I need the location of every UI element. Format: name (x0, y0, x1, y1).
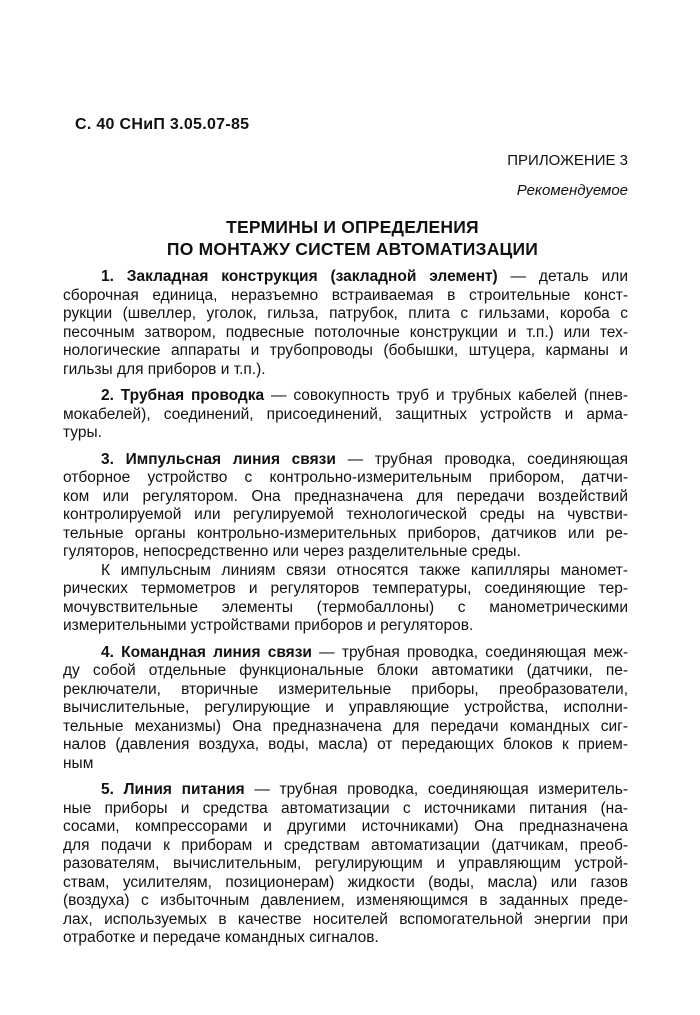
term-name: 5. Линия питания (101, 781, 245, 798)
text-line: налов (давления воздуха, воды, масла) от… (63, 736, 628, 755)
document-title: ТЕРМИНЫ И ОПРЕДЕЛЕНИЯ ПО МОНТАЖУ СИСТЕМ … (77, 216, 628, 260)
text-line: ду собой отдельные функциональные блоки … (63, 662, 628, 681)
text-line: мочувствительные элементы (термобаллоны)… (63, 599, 628, 618)
text-line: сосами, компрессорами и другими источник… (63, 818, 628, 837)
text-line: тельные механизмы) Она предназначена для… (63, 718, 628, 737)
text-line: ным (63, 755, 628, 774)
text-line: 4. Командная линия связи — трубная прово… (63, 644, 628, 663)
text-line: сборочная единица, неразъемно встраиваем… (63, 287, 628, 306)
text-line: К импульсным линиям связи относятся такж… (63, 562, 628, 581)
paragraph: К импульсным линиям связи относятся такж… (63, 562, 628, 636)
text-line: 5. Линия питания — трубная проводка, сое… (63, 781, 628, 800)
paragraph: 5. Линия питания — трубная проводка, сое… (63, 781, 628, 948)
paragraph: 1. Закладная конструкция (закладной элем… (63, 268, 628, 379)
text-line: рукции (швеллер, уголок, гильза, патрубо… (63, 305, 628, 324)
document-title-line2: ПО МОНТАЖУ СИСТЕМ АВТОМАТИЗАЦИИ (77, 238, 628, 260)
text-line: гуляторов, непосредственно или через раз… (63, 543, 628, 562)
paragraph: 3. Импульсная линия связи — трубная пров… (63, 451, 628, 562)
appendix-type: Рекомендуемое (63, 182, 628, 200)
text-line: ные приборы и средства автоматизации с и… (63, 800, 628, 819)
page-header: С. 40 СНиП 3.05.07-85 (75, 116, 628, 134)
document-body: 1. Закладная конструкция (закладной элем… (63, 268, 628, 948)
term-name: 4. Командная линия связи (101, 644, 312, 661)
text-line: мокабелей), соединений, присоединений, з… (63, 406, 628, 425)
text-line: туры. (63, 424, 628, 443)
text-line: контролируемой или регулируемой технолог… (63, 506, 628, 525)
term-name: 1. Закладная конструкция (закладной элем… (101, 268, 498, 285)
text-line: нологические аппараты и трубопроводы (бо… (63, 342, 628, 361)
text-line: для подачи к приборам и средствам автома… (63, 837, 628, 856)
text-line: ком или регулятором. Она предназначена д… (63, 488, 628, 507)
term-name: 2. Трубная проводка (101, 387, 264, 404)
document-page: С. 40 СНиП 3.05.07-85 ПРИЛОЖЕНИЕ 3 Реком… (0, 0, 700, 1015)
text-line: отработке и передаче командных сигналов. (63, 929, 628, 948)
text-line: лах, используемых в качестве носителей в… (63, 911, 628, 930)
text-line: 2. Трубная проводка — совокупность труб … (63, 387, 628, 406)
text-line: разователям, вычислительным, регулирующи… (63, 855, 628, 874)
text-line: ствам, усилителям, позиционерам) жидкост… (63, 874, 628, 893)
text-line: вычислительные, регулирующие и управляющ… (63, 699, 628, 718)
text-line: отборное устройство с контрольно-измерит… (63, 469, 628, 488)
text-line: гильзы для приборов и т.п.). (63, 361, 628, 380)
text-line: рических термометров и регуляторов темпе… (63, 580, 628, 599)
appendix-label: ПРИЛОЖЕНИЕ 3 (63, 152, 628, 170)
paragraph: 4. Командная линия связи — трубная прово… (63, 644, 628, 774)
text-line: (воздуха) с избыточным давлением, изменя… (63, 892, 628, 911)
text-line: тельные органы контрольно-измерительных … (63, 525, 628, 544)
text-line: 1. Закладная конструкция (закладной элем… (63, 268, 628, 287)
document-title-line1: ТЕРМИНЫ И ОПРЕДЕЛЕНИЯ (77, 216, 628, 238)
text-line: реключатели, вторичные измерительные при… (63, 681, 628, 700)
text-line: песочным затвором, подвесные потолочные … (63, 324, 628, 343)
paragraph: 2. Трубная проводка — совокупность труб … (63, 387, 628, 443)
text-line: 3. Импульсная линия связи — трубная пров… (63, 451, 628, 470)
text-line: измерительными устройствами приборов и р… (63, 617, 628, 636)
term-name: 3. Импульсная линия связи (101, 451, 336, 468)
